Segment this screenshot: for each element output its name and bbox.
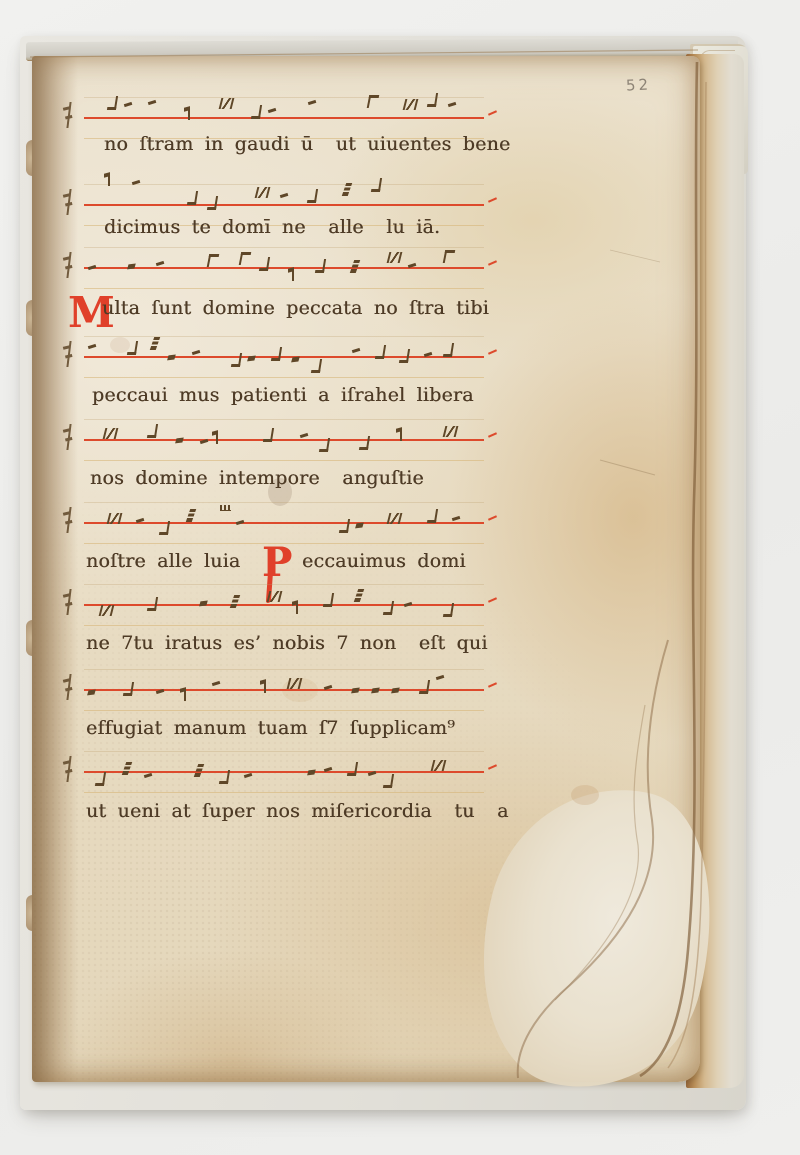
neume-mark [368, 771, 376, 776]
neume-mark [436, 675, 444, 680]
clef-icon [64, 424, 73, 450]
staff-red-line [84, 204, 484, 206]
neume-mark [419, 680, 430, 694]
neume-mark [99, 605, 115, 616]
neume-mark [271, 347, 282, 361]
staff-line [84, 408, 484, 466]
page-number: 52 [626, 75, 652, 94]
clef-icon [64, 252, 73, 278]
neume-mark [123, 682, 134, 696]
neume-mark [431, 760, 447, 771]
neume-mark [156, 689, 164, 694]
neume-mark [87, 690, 95, 695]
staff-red-line [84, 604, 484, 606]
neume-mark [400, 428, 402, 441]
neume-mark [219, 98, 235, 109]
neume-mark [95, 772, 106, 786]
staff-line [84, 573, 484, 631]
neume-mark [207, 196, 218, 210]
ruling-line [84, 751, 484, 752]
neume-mark [268, 108, 276, 113]
chant-text: ne 7tu iratus es’ nobis 7 non eſt qui [86, 632, 488, 654]
neume-mark [443, 250, 456, 263]
neume-mark [244, 773, 252, 778]
neume-mark [220, 505, 231, 511]
neume-mark [207, 254, 220, 267]
neume-mark [403, 99, 419, 110]
neume-mark [315, 259, 326, 273]
neume-mark [156, 261, 164, 266]
neume-mark [147, 424, 158, 438]
ruling-line [84, 184, 484, 185]
chant-text: dicimus te domī ne alle lu iā. [104, 216, 440, 238]
neume-mark [150, 337, 160, 350]
neume-mark [427, 93, 438, 107]
neume-mark [212, 681, 220, 686]
neume-mark [448, 102, 456, 107]
neume-mark [148, 100, 156, 105]
neume-mark [307, 189, 318, 203]
neume-mark [319, 438, 330, 452]
neume-mark [383, 601, 394, 615]
chant-text: no ſtram in gaudi ū ut uiuentes bene [104, 133, 510, 155]
manuscript-photograph: 52 no ſtram in gaudi ū ut uiuentes bened… [0, 0, 800, 1155]
neume-mark [264, 680, 266, 693]
neume-mark [187, 191, 198, 205]
neume-mark [339, 519, 350, 533]
neume-mark [231, 353, 242, 367]
neume-mark [159, 521, 170, 535]
chant-text-line: no ſtram in gaudi ū ut uiuentes bene [86, 133, 506, 167]
staff-line [84, 236, 484, 294]
neume-mark [352, 348, 360, 353]
neume-mark [371, 688, 379, 693]
ruling-line [84, 419, 484, 420]
ruling-yellow-line [84, 377, 484, 378]
neume-mark [147, 597, 158, 611]
neume-mark [127, 341, 138, 355]
neume-mark [88, 344, 96, 349]
clef-icon [64, 341, 73, 367]
neume-mark [371, 178, 382, 192]
neume-mark [308, 100, 316, 105]
ruling-yellow-line [84, 460, 484, 461]
neume-mark [347, 762, 358, 776]
chant-text: eccauimus domi [302, 550, 466, 572]
neume-mark [367, 95, 380, 108]
neume-mark [192, 350, 200, 355]
neume-mark [443, 603, 454, 617]
neume-mark [387, 513, 403, 524]
neume-mark [292, 268, 294, 281]
chant-text: peccaui mus patienti a iſrahel libera [92, 384, 474, 406]
neume-mark [103, 428, 119, 439]
ruling-line [84, 584, 484, 585]
neume-mark [188, 107, 190, 120]
clef-icon [64, 674, 73, 700]
neume-mark [307, 770, 315, 775]
neume-mark [255, 187, 271, 198]
ruling-yellow-line [84, 710, 484, 711]
staff-red-line [84, 267, 484, 269]
neume-mark [184, 688, 186, 701]
ruling-line [84, 247, 484, 248]
neume-mark [239, 252, 252, 265]
neume-mark [167, 355, 175, 360]
neume-mark [267, 591, 283, 602]
neume-mark [359, 436, 370, 450]
chant-text: effugiat manum tuam ſ7 ſupplicam⁹ [86, 717, 455, 739]
neume-mark [351, 688, 359, 693]
clef-icon [64, 507, 73, 533]
neume-mark [124, 102, 132, 107]
neume-mark [355, 523, 363, 528]
neume-mark [247, 356, 255, 361]
neume-mark [311, 359, 322, 373]
clef-icon [64, 589, 73, 615]
staff-line [84, 658, 484, 716]
ruling-line [84, 336, 484, 337]
clef-icon [64, 189, 73, 215]
ruling-yellow-line [84, 288, 484, 289]
neume-mark [443, 426, 459, 437]
neume-mark [107, 96, 118, 110]
chant-text: noſtre alle luia [86, 550, 240, 572]
neume-mark [107, 513, 123, 524]
neume-mark [383, 774, 394, 788]
neume-mark [399, 349, 410, 363]
clef-icon [64, 102, 73, 128]
ruling-line [84, 97, 484, 98]
neume-mark [443, 343, 454, 357]
staff-red-line [84, 117, 484, 119]
neume-mark [175, 438, 183, 443]
neume-mark [186, 509, 196, 522]
ruling-line [84, 669, 484, 670]
ruling-yellow-line [84, 792, 484, 793]
neume-mark [427, 509, 438, 523]
neume-mark [296, 601, 298, 614]
neume-mark [200, 439, 208, 444]
staff-red-line [84, 771, 484, 773]
ruling-line [84, 502, 484, 503]
staff-red-line [84, 439, 484, 441]
neume-mark [291, 357, 299, 362]
neume-mark [354, 589, 364, 602]
neume-mark [216, 431, 218, 444]
neume-mark [144, 773, 152, 778]
neume-mark [108, 173, 110, 186]
neume-mark [391, 688, 399, 693]
chant-text: ut ueni at ſuper nos miſericordia tu a [86, 800, 509, 822]
chant-text: nos domine intempore anguſtie [90, 467, 424, 489]
staff-red-line [84, 522, 484, 524]
ruling-yellow-line [84, 625, 484, 626]
staff-line [84, 740, 484, 798]
neume-mark [122, 762, 132, 775]
clef-icon [64, 756, 73, 782]
chant-text: ulta ſunt domine peccata no ſtra tibi [102, 297, 489, 319]
neume-mark [300, 433, 308, 438]
neume-mark [230, 595, 240, 608]
neume-mark [219, 770, 230, 784]
neume-mark [280, 193, 288, 198]
neume-mark [387, 252, 403, 263]
neume-mark [287, 678, 303, 689]
staff-line [84, 325, 484, 383]
neume-mark [452, 516, 460, 521]
chant-text-line: ut ueni at ſuper nos miſericordia tu a [86, 800, 506, 834]
